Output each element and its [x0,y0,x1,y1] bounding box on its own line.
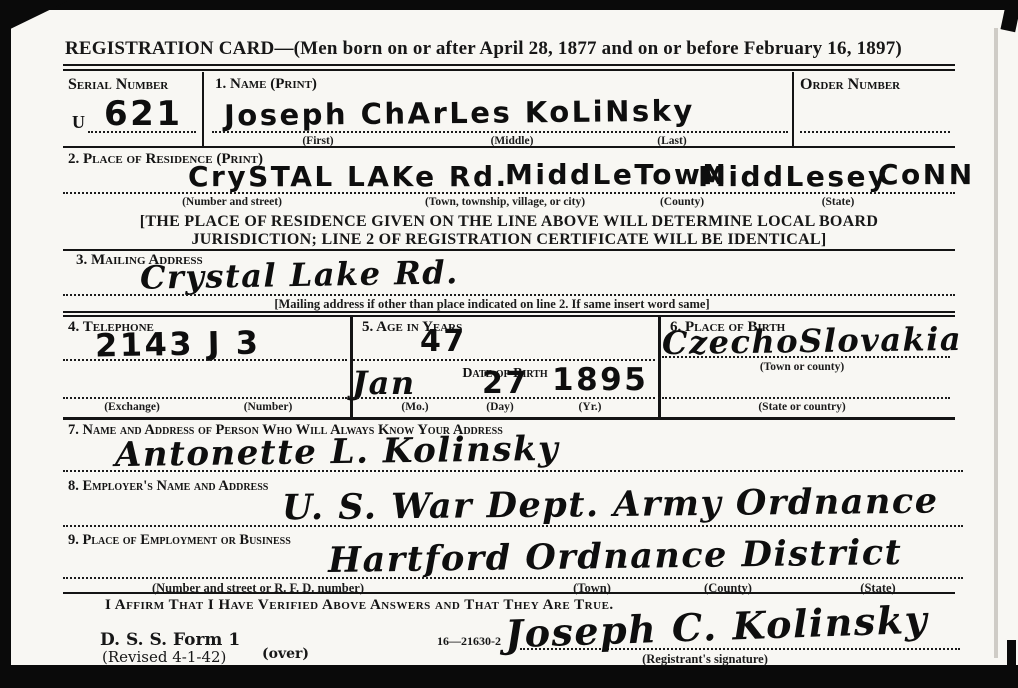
notice-line-2: JURISDICTION; LINE 2 OF REGISTRATION CER… [191,231,826,249]
divider-age-birthplace [658,317,661,418]
scan-edge-right-mark [1007,640,1016,668]
divider-serial-name [202,72,204,146]
scan-edge-top [0,0,1018,10]
serial-number-value: 621 [104,94,182,134]
rule-row1-bottom [63,146,955,148]
registration-card-scan: REGISTRATION CARD—(Men born on or after … [0,0,1018,688]
divider-name-order [792,72,794,146]
card-title: REGISTRATION CARD—(Men born on or after … [65,38,902,60]
residence-sublabel-street: (Number and street) [182,196,282,208]
form-number: D. S. S. Form 1 [100,630,240,650]
rule-above-telephone-1 [63,311,955,313]
dob-sublabel-day: (Day) [486,401,513,413]
mailing-value: Crystal Lake Rd. [140,253,459,297]
residence-line [63,192,955,194]
over-note: (over) [262,646,309,662]
print-code: 16—21630-2 [437,634,501,649]
telephone-sublabel-number: (Number) [244,401,293,413]
residence-street-value: CrySTAL LAKe Rd. [188,160,509,193]
employment-line [63,577,963,579]
rule-above-telephone-2 [63,315,955,317]
serial-prefix: U [72,112,85,133]
order-number-label: Order Number [800,76,900,94]
scan-edge-left [0,0,11,688]
dob-line [353,397,655,399]
scan-edge-bottom [0,665,1018,688]
employer-label: 8. Employer's Name and Address [68,478,268,495]
birthplace-line-2 [662,397,950,399]
rule-below-row6 [63,417,955,420]
dob-sublabel-month: (Mo.) [401,401,428,413]
scan-crease-right [994,28,998,658]
notice-line-1: [THE PLACE OF RESIDENCE GIVEN ON THE LIN… [140,213,879,231]
name-line [212,131,788,133]
order-line [800,131,950,133]
employment-label: 9. Place of Employment or Business [68,532,291,549]
birthplace-line-1 [662,356,950,358]
employer-line [63,525,963,527]
telephone-line-2 [63,397,347,399]
dob-year-value: 1895 [552,362,648,398]
dob-sublabel-year: (Yr.) [579,401,602,413]
dob-day-value: 27 [482,366,529,401]
age-value: 47 [420,324,467,359]
name-value: Joseph ChArLes KoLiNsky [224,94,695,133]
telephone-line [63,359,347,361]
name-label: 1. Name (Print) [215,76,317,93]
serial-number-label: Serial Number [68,76,168,94]
form-revision: (Revised 4-1-42) [102,648,226,666]
title-underline-2 [63,69,955,71]
residence-town-value: MiddLeTowN [505,158,728,191]
employer-value: U. S. War Dept. Army Ordnance [282,481,939,529]
contact-line [63,470,963,472]
residence-sublabel-county: (County) [660,196,704,208]
residence-sublabel-state: (State) [822,196,855,208]
residence-state-value: CoNN [878,158,975,191]
birthplace-sublabel-town: (Town or county) [760,361,844,373]
employment-value: Hartford Ordnance District [328,532,903,581]
rule-above-mailing [63,249,955,251]
contact-value: Antonette L. Kolinsky [115,429,560,475]
birthplace-sublabel-state: (State or country) [758,401,845,413]
telephone-sublabel-exchange: (Exchange) [104,401,160,413]
mailing-line [63,294,955,296]
signature-sublabel: (Registrant's signature) [642,652,768,667]
residence-sublabel-town: (Town, township, village, or city) [425,196,585,208]
age-line [353,359,655,361]
rule-above-affirmation [63,592,955,594]
mailing-sublabel: [Mailing address if other than place ind… [274,297,709,312]
title-underline-1 [63,64,955,66]
residence-county-value: MiddLesey [698,160,889,193]
